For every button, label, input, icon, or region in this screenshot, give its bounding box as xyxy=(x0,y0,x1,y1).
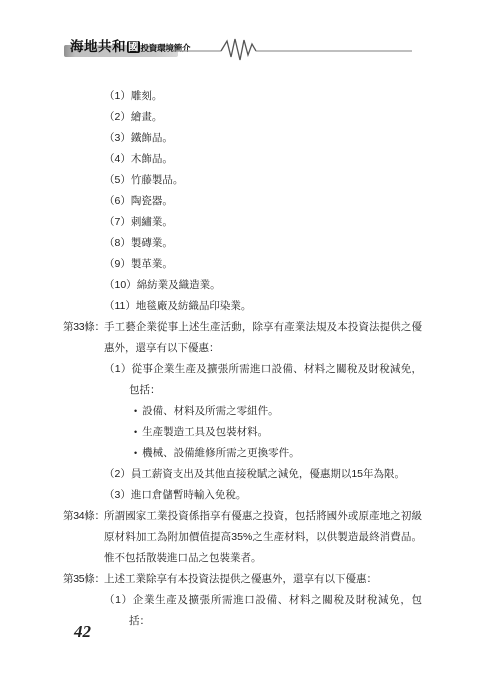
list-item: （6）陶瓷器。 xyxy=(104,191,480,212)
list-item-number: （9） xyxy=(104,258,131,270)
list-item-number: （5） xyxy=(104,174,131,186)
list-item-text: 竹藤製品。 xyxy=(131,174,184,186)
bullet-line: •設備、材料及所需之零組件。 xyxy=(104,401,422,422)
document-page: 海地共和 國 投資環境簡介 （1）雕刻。 （2）繪畫。 （3）鐵飾品。 （4）木… xyxy=(0,0,480,679)
document-body: （1）雕刻。 （2）繪畫。 （3）鐵飾品。 （4）木飾品。 （5）竹藤製品。 （… xyxy=(0,86,480,632)
article-33: 第33條： 手工藝企業從事上述生產活動，除享有產業法規及本投資法提供之優惠外，還… xyxy=(63,317,422,506)
list-item-number: （8） xyxy=(104,237,131,249)
list-item: （2）繪畫。 xyxy=(104,107,480,128)
article-sub-item: （1）從事企業生產及擴張所需進口設備、材料之關稅及財稅減免，包括： xyxy=(104,359,422,401)
sub-item-number: （3） xyxy=(104,489,131,501)
list-item-number: （10） xyxy=(104,279,137,291)
article-intro: 所謂國家工業投資係指享有優惠之投資，包括將國外或原產地之初級原材料加工為附加價值… xyxy=(104,506,422,569)
sub-item-text: 企業生產及擴張所需進口設備、材料之關稅及財稅減免，包括： xyxy=(129,594,422,627)
bullet-icon: • xyxy=(134,448,137,458)
list-item-number: （7） xyxy=(104,216,131,228)
list-item-number: （2） xyxy=(104,111,131,123)
bullet-text: 生產製造工具及包裝材料。 xyxy=(142,426,268,438)
list-item-text: 木飾品。 xyxy=(131,153,173,165)
list-item-number: （1） xyxy=(104,90,131,102)
list-item-text: 製革業。 xyxy=(131,258,173,270)
sub-item-number: （1） xyxy=(104,363,132,375)
bullet-text: 設備、材料及所需之零組件。 xyxy=(142,405,279,417)
title-country-text: 海地共和 xyxy=(70,39,126,54)
article-body: 上述工業除享有本投資法提供之優惠外，還享有以下優惠： （1）企業生產及擴張所需進… xyxy=(104,569,422,632)
list-item-text: 鐵飾品。 xyxy=(131,132,173,144)
list-item-text: 陶瓷器。 xyxy=(131,195,173,207)
page-number: 42 xyxy=(74,622,91,642)
article-intro: 手工藝企業從事上述生產活動，除享有產業法規及本投資法提供之優惠外，還享有以下優惠… xyxy=(104,317,422,359)
list-item: （1）雕刻。 xyxy=(104,86,480,107)
article-34: 第34條： 所謂國家工業投資係指享有優惠之投資，包括將國外或原產地之初級原材料加… xyxy=(63,506,422,569)
list-item: （4）木飾品。 xyxy=(104,149,480,170)
article-intro: 上述工業除享有本投資法提供之優惠外，還享有以下優惠： xyxy=(104,569,422,590)
sub-item-text: 從事企業生產及擴張所需進口設備、材料之關稅及財稅減免，包括： xyxy=(129,363,422,396)
sub-item-text: 進口倉儲暫時輸入免稅。 xyxy=(131,489,247,501)
list-item-text: 製磚業。 xyxy=(131,237,173,249)
article-sub-item: （1）企業生產及擴張所需進口設備、材料之關稅及財稅減免，包括： xyxy=(104,590,422,632)
list-item-number: （6） xyxy=(104,195,131,207)
list-item-number: （3） xyxy=(104,132,131,144)
sub-item-text: 員工薪資支出及其他直接稅賦之減免，優惠期以15年為限。 xyxy=(131,468,405,480)
sub-item-number: （2） xyxy=(104,468,131,480)
list-item: （8）製磚業。 xyxy=(104,233,480,254)
article-body: 所謂國家工業投資係指享有優惠之投資，包括將國外或原產地之初級原材料加工為附加價值… xyxy=(104,506,422,569)
page-header: 海地共和 國 投資環境簡介 xyxy=(0,0,480,70)
article-sub-item: （3）進口倉儲暫時輸入免稅。 xyxy=(104,485,422,506)
list-item-number: （11） xyxy=(104,300,136,312)
list-item-number: （4） xyxy=(104,153,131,165)
list-item-text: 刺繡業。 xyxy=(131,216,173,228)
article-number: 第33條： xyxy=(63,317,104,506)
list-item: （11）地毯廠及紡織品印染業。 xyxy=(104,296,480,317)
list-item: （7）刺繡業。 xyxy=(104,212,480,233)
ekg-divider-icon xyxy=(176,37,412,65)
article-35: 第35條： 上述工業除享有本投資法提供之優惠外，還享有以下優惠： （1）企業生產… xyxy=(63,569,422,632)
list-item: （9）製革業。 xyxy=(104,254,480,275)
booklet-title: 海地共和 國 投資環境簡介 xyxy=(70,39,190,54)
article-number: 第34條： xyxy=(63,506,104,569)
list-item: （5）竹藤製品。 xyxy=(104,170,480,191)
article-body: 手工藝企業從事上述生產活動，除享有產業法規及本投資法提供之優惠外，還享有以下優惠… xyxy=(104,317,422,506)
title-inverted-character-box: 國 xyxy=(127,41,140,54)
list-item: （3）鐵飾品。 xyxy=(104,128,480,149)
sub-item-number: （1） xyxy=(104,594,133,606)
list-item-text: 雕刻。 xyxy=(131,90,163,102)
bullet-text: 機械、設備維修所需之更換零件。 xyxy=(142,447,300,459)
list-item: （10）綿紡業及織造業。 xyxy=(104,275,480,296)
list-item-text: 地毯廠及紡織品印染業。 xyxy=(136,300,252,312)
list-item-text: 繪畫。 xyxy=(131,111,163,123)
bullet-line: •生產製造工具及包裝材料。 xyxy=(104,422,422,443)
bullet-line: •機械、設備維修所需之更換零件。 xyxy=(104,443,422,464)
bullet-icon: • xyxy=(134,406,137,416)
list-item-text: 綿紡業及織造業。 xyxy=(137,279,221,291)
article-sub-item: （2）員工薪資支出及其他直接稅賦之減免，優惠期以15年為限。 xyxy=(104,464,422,485)
bullet-icon: • xyxy=(134,427,137,437)
